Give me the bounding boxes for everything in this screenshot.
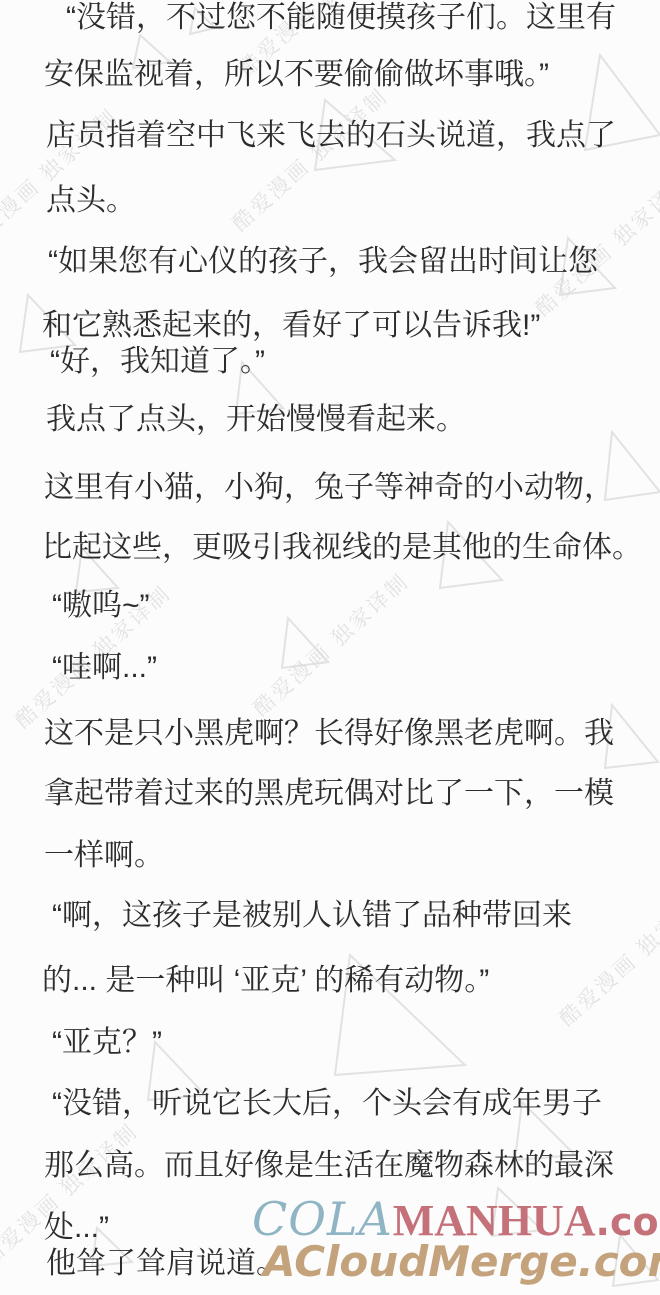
- text-line: 拿起带着过来的黑虎玩偶对比了一下，一模: [44, 776, 614, 812]
- acloudmerge-watermark: ACloudMerge.com: [263, 1237, 660, 1286]
- text-line: “没错，听说它长大后，个头会有成年男子: [52, 1086, 602, 1122]
- text-line: 的... 是一种叫 ‘亚克’ 的稀有动物。”: [42, 963, 489, 999]
- text-line: 和它熟悉起来的，看好了可以告诉我!”: [42, 308, 540, 344]
- text-line: 一样啊。: [44, 838, 164, 874]
- text-line: 比起这些，更吸引我视线的是其他的生命体。: [42, 530, 642, 566]
- text-line: 那么高。而且好像是生活在魔物森林的最深: [44, 1148, 614, 1184]
- text-line: “好，我知道了。”: [50, 344, 265, 380]
- text-line: 处...”: [44, 1210, 109, 1246]
- text-line: 我点了点头，开始慢慢看起来。: [46, 402, 466, 438]
- text-line: “嗷呜~”: [52, 588, 150, 624]
- text-line: 店员指着空中飞来飞去的石头说道，我点了: [46, 118, 616, 154]
- text-line: “啊，这孩子是被别人认错了品种带回来: [52, 898, 572, 934]
- text-line: 这不是只小黑虎啊？长得好像黑老虎啊。我: [44, 716, 614, 752]
- text-line: 他耸了耸肩说道。: [46, 1246, 286, 1282]
- text-line: 这里有小猫，小狗，兔子等神奇的小动物，: [44, 470, 614, 506]
- text-line: “如果您有心仪的孩子，我会留出时间让您: [48, 244, 598, 280]
- text-line: “没错，不过您不能随便摸孩子们。这里有: [66, 0, 616, 36]
- novel-reader-page: 酷爱漫画 独家译制 酷爱漫画 独家译制 酷爱漫画 独家译制 酷爱漫画 独家译制 …: [0, 0, 660, 1295]
- text-line: 点头。: [46, 183, 136, 219]
- text-line: “哇啊...”: [52, 650, 157, 686]
- text-line: 安保监视着，所以不要偷偷做坏事哦。”: [44, 57, 549, 93]
- text-line: “亚克？”: [52, 1025, 162, 1061]
